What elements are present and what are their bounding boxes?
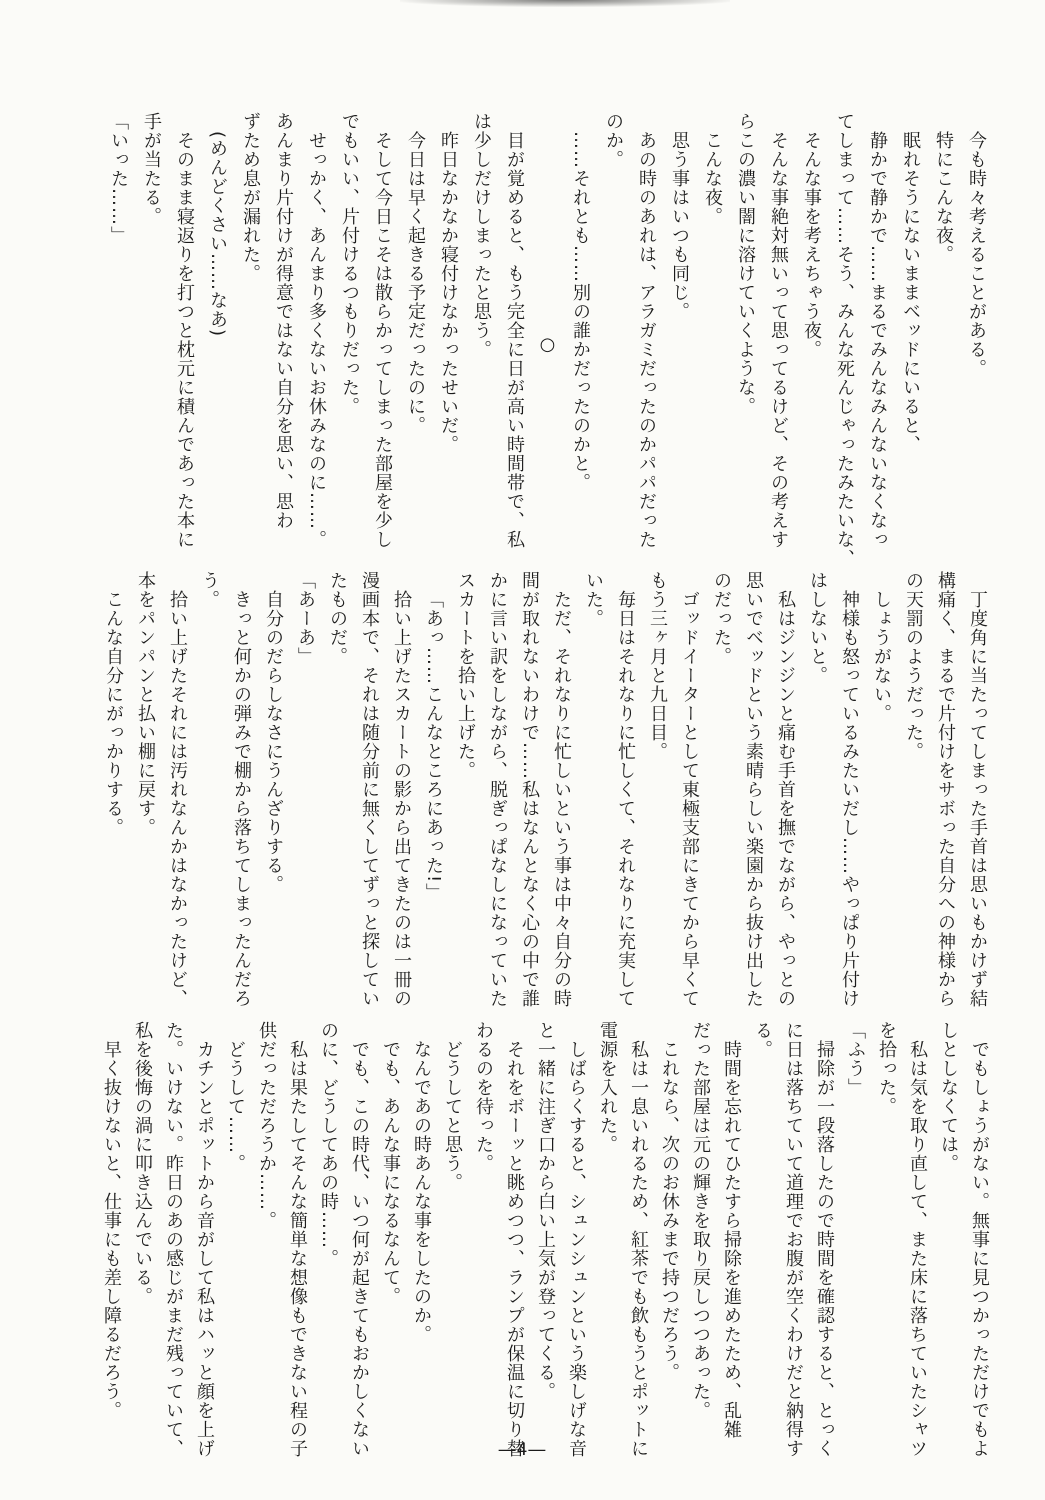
text-line: せっかく、あんまり多くないお休みなのに……。	[300, 112, 333, 568]
text-line: のに、どうしてあの時……。	[313, 1021, 344, 1458]
text-line: と一緒に注ぎ口から白い上気が登ってくる。	[530, 1021, 561, 1458]
text-line: でも、あんな事になるなんて。	[375, 1021, 406, 1458]
text-line: 私はジンジンと痛む手首を撫でながら、やっとの	[769, 571, 801, 1008]
text-line: う。	[193, 571, 225, 1008]
text-line: 思う事はいつも同じ。	[663, 112, 696, 568]
text-line: 目が覚めると、もう完全に日が高い時間帯で、私	[498, 112, 531, 568]
text-line: ……それとも……別の誰かだったのかと。	[564, 112, 597, 568]
text-line: 自分のだらしなさにうんざりする。	[257, 571, 289, 1008]
text-line: こんな夜。	[696, 112, 729, 568]
text-line: そのまま寝返りを打つと枕元に積んであった本に	[168, 112, 201, 568]
text-line: スカートを拾い上げた。	[449, 571, 481, 1008]
text-line: てしまって……そう、みんな死んじゃったみたいな、	[828, 112, 861, 568]
text-line: らこの濃い闇に溶けていくような。	[729, 112, 762, 568]
text-line: 今も時々考えることがある。	[960, 112, 993, 568]
text-line: 供だっただろうか……。	[251, 1021, 282, 1458]
text-line: でもしょうがない。無事に見つかっただけでもよ	[964, 1021, 995, 1458]
text-line: 神様も怒っているみたいだし……やっぱり片付け	[833, 571, 865, 1008]
text-line: こんな自分にがっかりする。	[97, 571, 129, 1008]
text-line: もう三ヶ月と九日目。	[641, 571, 673, 1008]
text-line: あんまり片付けが得意ではない自分を思い、思わ	[267, 112, 300, 568]
text-line: ずため息が漏れた。	[234, 112, 267, 568]
text-line: 特にこんな夜。	[927, 112, 960, 568]
text-line: 毎日はそれなりに忙しくて、それなりに充実して	[609, 571, 641, 1008]
text-line: 今日は早く起きる予定だったのに。	[399, 112, 432, 568]
text-line: 電源を入れた。	[592, 1021, 623, 1458]
text-line: は少しだけしまったと思う。	[465, 112, 498, 568]
text-line: わるのを待った。	[468, 1021, 499, 1458]
text-line: なんであの時あんな事をしたのか。	[406, 1021, 437, 1458]
text-line: たものだ。	[321, 571, 353, 1008]
text-line: 静かで静かで……まるでみんなみんないなくなっ	[861, 112, 894, 568]
text-line: それをボーッと眺めつつ、ランプが保温に切り替	[499, 1021, 530, 1458]
text-line: 昨日なかなか寝付けなかったせいだ。	[432, 112, 465, 568]
text-line: でも、この時代、いつ何が起きてもおかしくない	[344, 1021, 375, 1458]
text-line: のだった。	[705, 571, 737, 1008]
text-line: 私は気を取り直して、また床に落ちていたシャツ	[902, 1021, 933, 1458]
text-line: でもいい、片付けるつもりだった。	[333, 112, 366, 568]
text-line: いた。	[577, 571, 609, 1008]
text-line: しばらくすると、シュンシュンという楽しげな音	[561, 1021, 592, 1458]
text-line: はしないと。	[801, 571, 833, 1008]
text-line: しとしなくては。	[933, 1021, 964, 1458]
text-line: 拾い上げたスカートの影から出てきたのは一冊の	[385, 571, 417, 1008]
text-block-middle: 丁度角に当たってしまった手首は思いもかけず結構痛く、まるで片付けをサボった自分へ…	[97, 571, 993, 1008]
text-line: あの時のあれは、アラガミだったのかパパだった	[630, 112, 663, 568]
text-block-top: 今も時々考えることがある。特にこんな夜。眠れそうにないままベッドにいると、静かで…	[102, 112, 993, 568]
text-line: 漫画本で、それは随分前に無くしてずっと探してい	[353, 571, 385, 1008]
page-number: ―4―	[0, 1440, 1045, 1460]
text-line: 私は一息いれるため、紅茶でも飲もうとポットに	[623, 1021, 654, 1458]
text-line: これなら、次のお休みまで持つだろう。	[654, 1021, 685, 1458]
text-line: どうして……。	[220, 1021, 251, 1458]
text-line: カチンとポットから音がして私はハッと顔を上げ	[189, 1021, 220, 1458]
text-line: 早く抜けないと、仕事にも差し障るだろう。	[96, 1021, 127, 1458]
text-line: 間が取れないわけで……私はなんとなく心の中で誰	[513, 571, 545, 1008]
text-line: そんな事を考えちゃう夜。	[795, 112, 828, 568]
text-line: 拾い上げたそれには汚れなんかはなかったけど、	[161, 571, 193, 1008]
scan-artifact-shadow	[400, 0, 730, 7]
text-line: た。いけない。昨日のあの感じがまだ残っていて、	[158, 1021, 189, 1458]
text-line: 丁度角に当たってしまった手首は思いもかけず結	[961, 571, 993, 1008]
text-line: だった部屋は元の輝きを取り戻しつつあった。	[685, 1021, 716, 1458]
text-line: どうしてと思う。	[437, 1021, 468, 1458]
text-line: そして今日こそは散らかってしまった部屋を少し	[366, 112, 399, 568]
text-line: しょうがない。	[865, 571, 897, 1008]
text-line: そんな事絶対無いって思ってるけど、その考えす	[762, 112, 795, 568]
text-line: 「あーあ」	[289, 571, 321, 1008]
text-line: 私は果たしてそんな簡単な想像もできない程の子	[282, 1021, 313, 1458]
text-line: 構痛く、まるで片付けをサボった自分への神様から	[929, 571, 961, 1008]
text-line: 「いった……」	[102, 112, 135, 568]
text-block-bottom: でもしょうがない。無事に見つかっただけでもよしとしなくては。私は気を取り直して、…	[96, 1021, 995, 1458]
text-line: 手が当たる。	[135, 112, 168, 568]
text-line: 時間を忘れてひたすら掃除を進めたため、乱雑	[716, 1021, 747, 1458]
text-line: ゴッドイーターとして東極支部にきてから早くて	[673, 571, 705, 1008]
text-line: 掃除が一段落したので時間を確認すると、とっく	[809, 1021, 840, 1458]
text-line: 「あっ……こんなところにあった!」	[417, 571, 449, 1008]
text-line: 本をパンパンと払い棚に戻す。	[129, 571, 161, 1008]
text-line: 「ふう」	[840, 1021, 871, 1458]
text-line: 眠れそうにないままベッドにいると、	[894, 112, 927, 568]
text-line: 思いでベッドという素晴らしい楽園から抜け出した	[737, 571, 769, 1008]
section-divider-circle: ○	[531, 112, 564, 568]
text-line: 私を後悔の渦に叩き込んでいる。	[127, 1021, 158, 1458]
text-line: きっと何かの弾みで棚から落ちてしまったんだろ	[225, 571, 257, 1008]
text-line: ただ、それなりに忙しいという事は中々自分の時	[545, 571, 577, 1008]
text-line: のか。	[597, 112, 630, 568]
page: 今も時々考えることがある。特にこんな夜。眠れそうにないままベッドにいると、静かで…	[0, 0, 1045, 1500]
text-line: の天罰のようだった。	[897, 571, 929, 1008]
text-line: る。	[747, 1021, 778, 1458]
text-line: を拾った。	[871, 1021, 902, 1458]
text-line: かに言い訳をしながら、脱ぎっぱなしになっていた	[481, 571, 513, 1008]
text-line: (めんどくさい……なあ)	[201, 112, 234, 568]
text-line: に日は落ちていて道理でお腹が空くわけだと納得す	[778, 1021, 809, 1458]
